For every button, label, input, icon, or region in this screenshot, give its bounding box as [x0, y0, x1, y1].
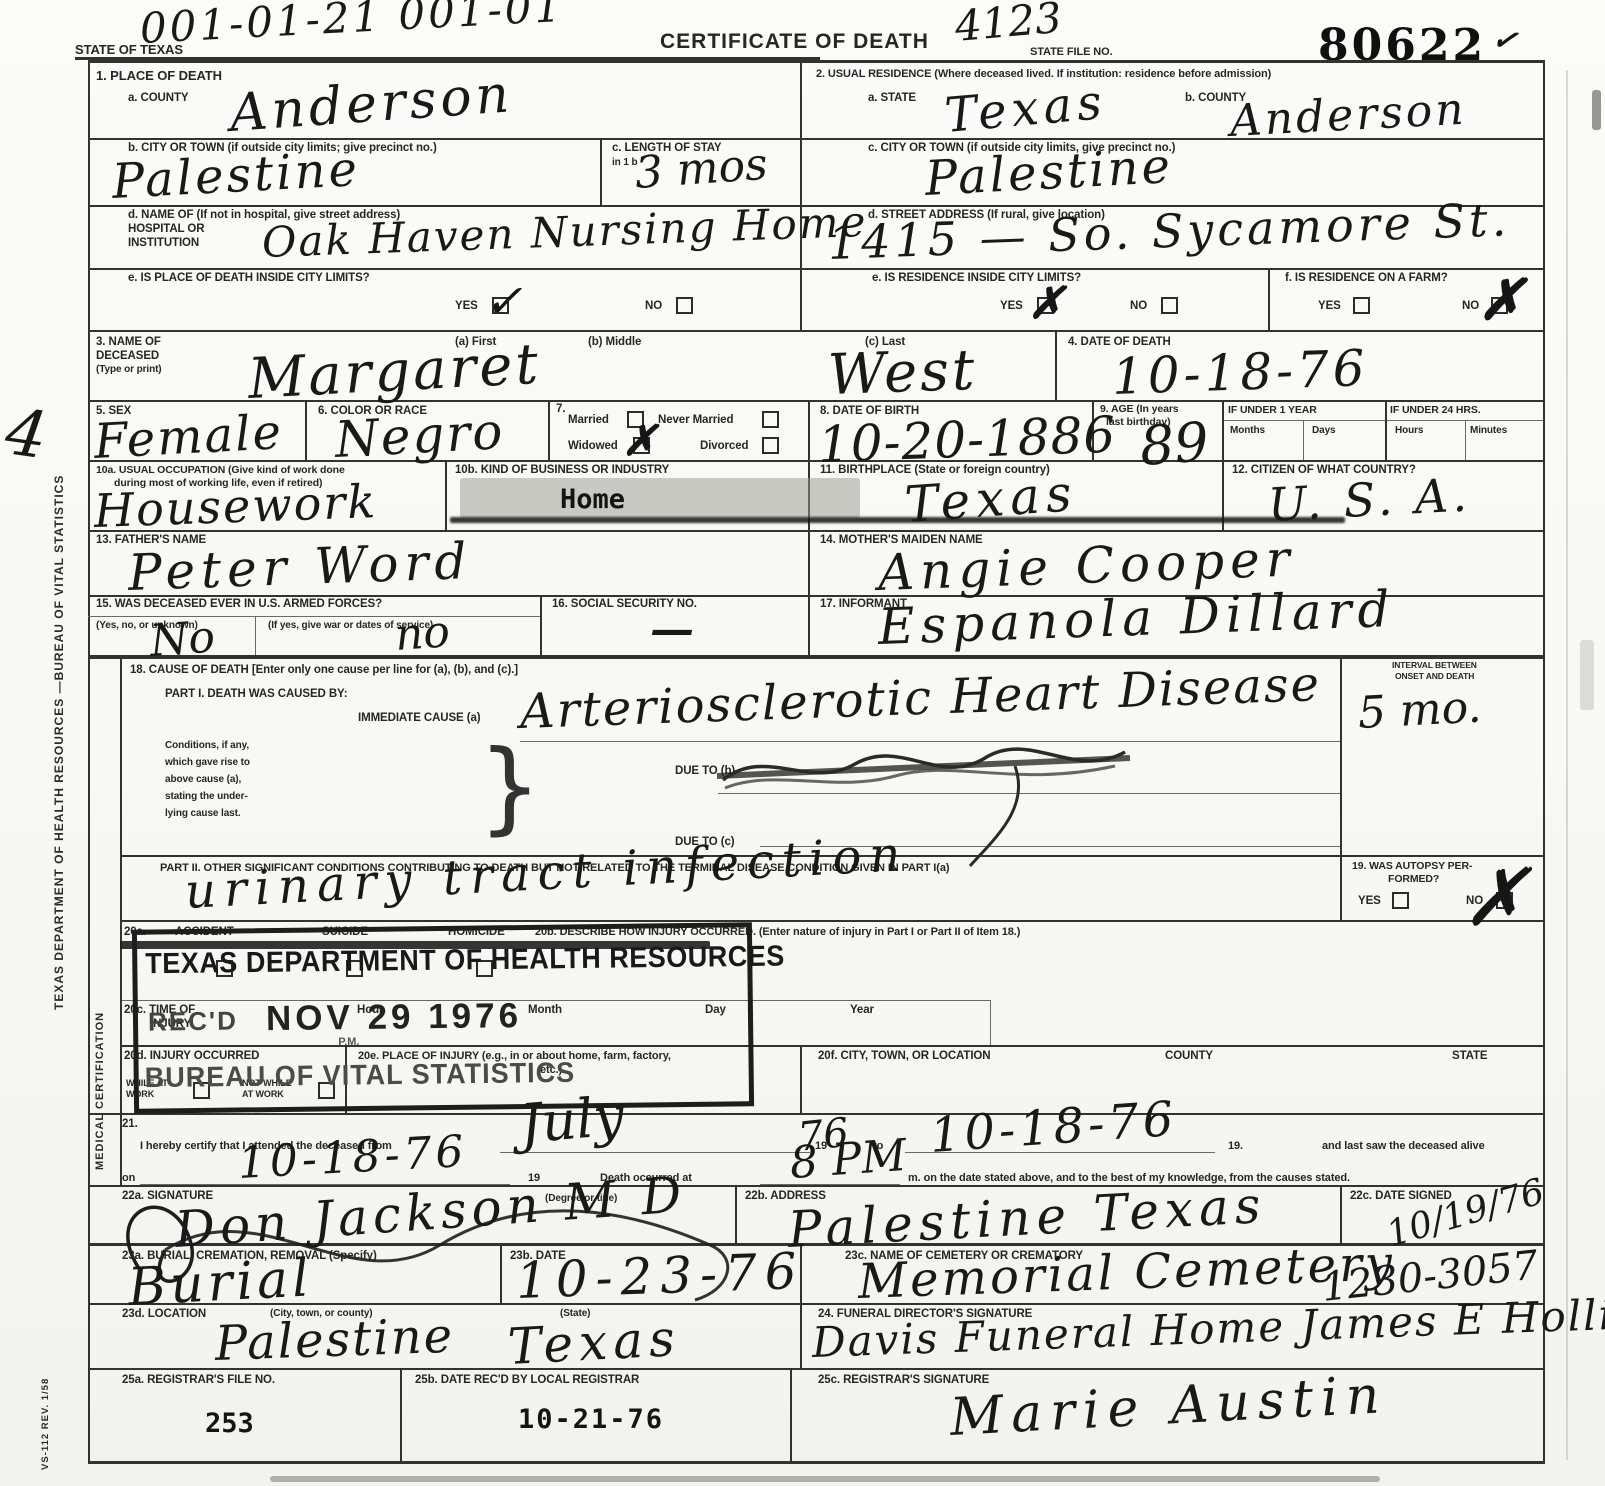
registrar-signature-label: 25c. REGISTRAR'S SIGNATURE [818, 1374, 989, 1386]
citizen-value: U. S. A. [1267, 471, 1472, 528]
certificate-title: CERTIFICATE OF DEATH [660, 30, 929, 54]
place-limits-yes-label: YES [455, 300, 478, 312]
city-value: Palestine [111, 145, 361, 206]
registrar-file-value: 253 [205, 1408, 254, 1439]
state-file-no-label: STATE FILE NO. [1030, 46, 1113, 58]
stamp-agency-line: TEXAS DEPARTMENT OF HEALTH RESOURCES [145, 940, 785, 981]
conditions-brace: } [478, 728, 542, 845]
name-title-2: DECEASED [96, 350, 159, 362]
certify-alive-text: and last saw the deceased alive [1322, 1140, 1485, 1152]
widowed-label: Widowed [568, 440, 618, 452]
stamp-recd-label: REC'D [148, 1006, 238, 1038]
date-of-death-value: 10-18-76 [1111, 343, 1369, 402]
burial-location-label: 23d. LOCATION [122, 1308, 206, 1320]
farm-yes-label: YES [1318, 300, 1341, 312]
item-21-number: 21. [122, 1118, 138, 1130]
conditions-note-1: Conditions, if any, [165, 740, 249, 751]
industry-value: Home [560, 484, 625, 515]
color-race-value: Negro [334, 406, 506, 465]
place-limits-label: e. IS PLACE OF DEATH INSIDE CITY LIMITS? [128, 272, 370, 284]
divorced-label: Divorced [700, 440, 748, 452]
farm-no-mark: ✗ [1478, 272, 1525, 328]
stamp-bureau-line: BUREAU OF VITAL STATISTICS [145, 1057, 576, 1095]
conditions-note-4: stating the under- [165, 791, 248, 802]
armed-forces-value-2: no [393, 610, 451, 658]
county-label: a. COUNTY [128, 92, 188, 104]
autopsy-yes-checkbox [1392, 892, 1409, 909]
residence-limits-no-checkbox [1161, 297, 1178, 314]
name-title-3: (Type or print) [96, 364, 162, 375]
residence-county-value: Anderson [1229, 88, 1468, 144]
months-label: Months [1230, 425, 1265, 436]
place-limits-no-label: NO [645, 300, 662, 312]
armed-forces-label: 15. WAS DECEASED EVER IN U.S. ARMED FORC… [96, 598, 382, 610]
occupation-label-1: 10a. USUAL OCCUPATION (Give kind of work… [96, 464, 345, 476]
agency-vertical-label: TEXAS DEPARTMENT OF HEALTH RESOURCES —BU… [52, 250, 66, 1010]
interval-header-1: INTERVAL BETWEEN [1392, 660, 1477, 670]
certify-from-value: July [518, 1089, 627, 1152]
certify-19-2: 19. [1228, 1140, 1243, 1152]
handwritten-local-code: 001-01-21 001-01 [139, 0, 565, 50]
hospital-label-3: INSTITUTION [128, 237, 199, 249]
autopsy-label-2: FORMED? [1388, 873, 1439, 885]
burial-date-value: 10-23-76 [515, 1246, 805, 1306]
middle-name-label: (b) Middle [588, 336, 641, 348]
first-name-value: Margaret [247, 337, 543, 408]
marital-label: 7. [556, 403, 565, 415]
occupation-value: Housework [93, 478, 378, 534]
residence-limits-no-label: NO [1130, 300, 1147, 312]
days-label: Days [1312, 425, 1336, 436]
interval-header-2: ONSET AND DEATH [1395, 671, 1474, 681]
autopsy-no-mark: ✗ [1462, 858, 1529, 938]
interval-value: 5 mo. [1357, 686, 1483, 736]
farm-yes-checkbox [1353, 297, 1370, 314]
name-title-1: 3. NAME OF [96, 336, 161, 348]
conditions-note-2: which gave rise to [165, 757, 250, 768]
farm-label: f. IS RESIDENCE ON A FARM? [1285, 272, 1448, 284]
registrar-date-label: 25b. DATE REC'D BY LOCAL REGISTRAR [415, 1374, 639, 1386]
immediate-cause-value: Arteriosclerotic Heart Disease [519, 660, 1321, 736]
residence-limits-yes-mark: ✗ [1028, 282, 1065, 326]
last-name-value: West [827, 343, 978, 404]
hospital-label-2: HOSPITAL OR [128, 223, 204, 235]
received-stamp: TEXAS DEPARTMENT OF HEALTH RESOURCES REC… [132, 922, 754, 1114]
cause-of-death-label: 18. CAUSE OF DEATH [Enter only one cause… [130, 664, 518, 676]
year-label: Year [850, 1004, 874, 1016]
conditions-note-5: lying cause last. [165, 808, 241, 819]
immediate-cause-label: IMMEDIATE CAUSE (a) [358, 712, 480, 724]
margin-scribble: 4 [2, 400, 51, 469]
registrar-file-label: 25a. REGISTRAR'S FILE NO. [122, 1374, 275, 1386]
minutes-label: Minutes [1470, 425, 1507, 436]
form-code-vertical: VS-112 REV. 1/58 [40, 1340, 51, 1470]
injury-county-label: COUNTY [1165, 1050, 1213, 1062]
under-1-year-label: IF UNDER 1 YEAR [1228, 404, 1317, 416]
handwritten-cert-number: 4123 [953, 0, 1063, 48]
age-value: 89 [1138, 415, 1210, 474]
father-name-value: Peter Word [127, 536, 473, 598]
residence-state-value: Texas [943, 78, 1109, 140]
conditions-note-3: above cause (a), [165, 774, 241, 785]
part1-label: PART I. DEATH WAS CAUSED BY: [165, 688, 347, 700]
registrar-signature-value: Marie Austin [949, 1369, 1389, 1444]
widowed-mark: ✗ [622, 420, 657, 462]
residence-city-value: Palestine [924, 142, 1174, 203]
medical-certification-vertical-label: MEDICAL CERTIFICATION [94, 840, 106, 1170]
ssn-value: — [650, 608, 694, 652]
never-married-label: Never Married [658, 414, 733, 426]
death-certificate-scan: STATE OF TEXAS 001-01-21 001-01 CERTIFIC… [0, 0, 1605, 1486]
injury-state-label: STATE [1452, 1050, 1488, 1062]
death-time-value: 8 PM [788, 1134, 907, 1186]
sex-value: Female [93, 408, 284, 466]
date-of-birth-value: 10-20-1886 [817, 410, 1117, 470]
place-of-death-title: 1. PLACE OF DEATH [96, 68, 222, 83]
never-married-checkbox [762, 411, 779, 428]
married-label: Married [568, 414, 609, 426]
state-file-number: 80622 [1318, 20, 1486, 71]
injury-city-label: 20f. CITY, TOWN, OR LOCATION [818, 1050, 990, 1062]
industry-label: 10b. KIND OF BUSINESS OR INDUSTRY [455, 464, 669, 476]
county-value: Anderson [228, 68, 514, 140]
stamp-pm-label: P.M. [338, 1036, 359, 1048]
certify-to-value: 10-18-76 [928, 1095, 1178, 1160]
burial-value: Burial [127, 1252, 314, 1314]
farm-no-label: NO [1462, 300, 1479, 312]
under-24-hrs-label: IF UNDER 24 HRS. [1390, 404, 1481, 416]
hours-label: Hours [1395, 425, 1423, 436]
residence-state-label: a. STATE [868, 92, 916, 104]
divorced-checkbox [762, 437, 779, 454]
autopsy-yes-label: YES [1358, 895, 1381, 907]
part2-value: urinary tract infection [184, 830, 910, 916]
file-check-mark: ✓ [1490, 24, 1520, 58]
length-of-stay-value: 3 mos [633, 143, 769, 196]
burial-city-value: Palestine [214, 1312, 455, 1368]
birthplace-value: Texas [903, 468, 1079, 530]
place-limits-no-checkbox [676, 297, 693, 314]
stamp-date: NOV 29 1976 [266, 996, 523, 1039]
autopsy-label-1: 19. WAS AUTOPSY PER- [1352, 860, 1472, 872]
residence-limits-yes-label: YES [1000, 300, 1023, 312]
armed-forces-value-1: No [148, 616, 216, 664]
place-limits-yes-mark: ✓ [484, 278, 523, 324]
registrar-date-value: 10-21-76 [518, 1404, 664, 1435]
burial-state-value: Texas [507, 1313, 682, 1372]
